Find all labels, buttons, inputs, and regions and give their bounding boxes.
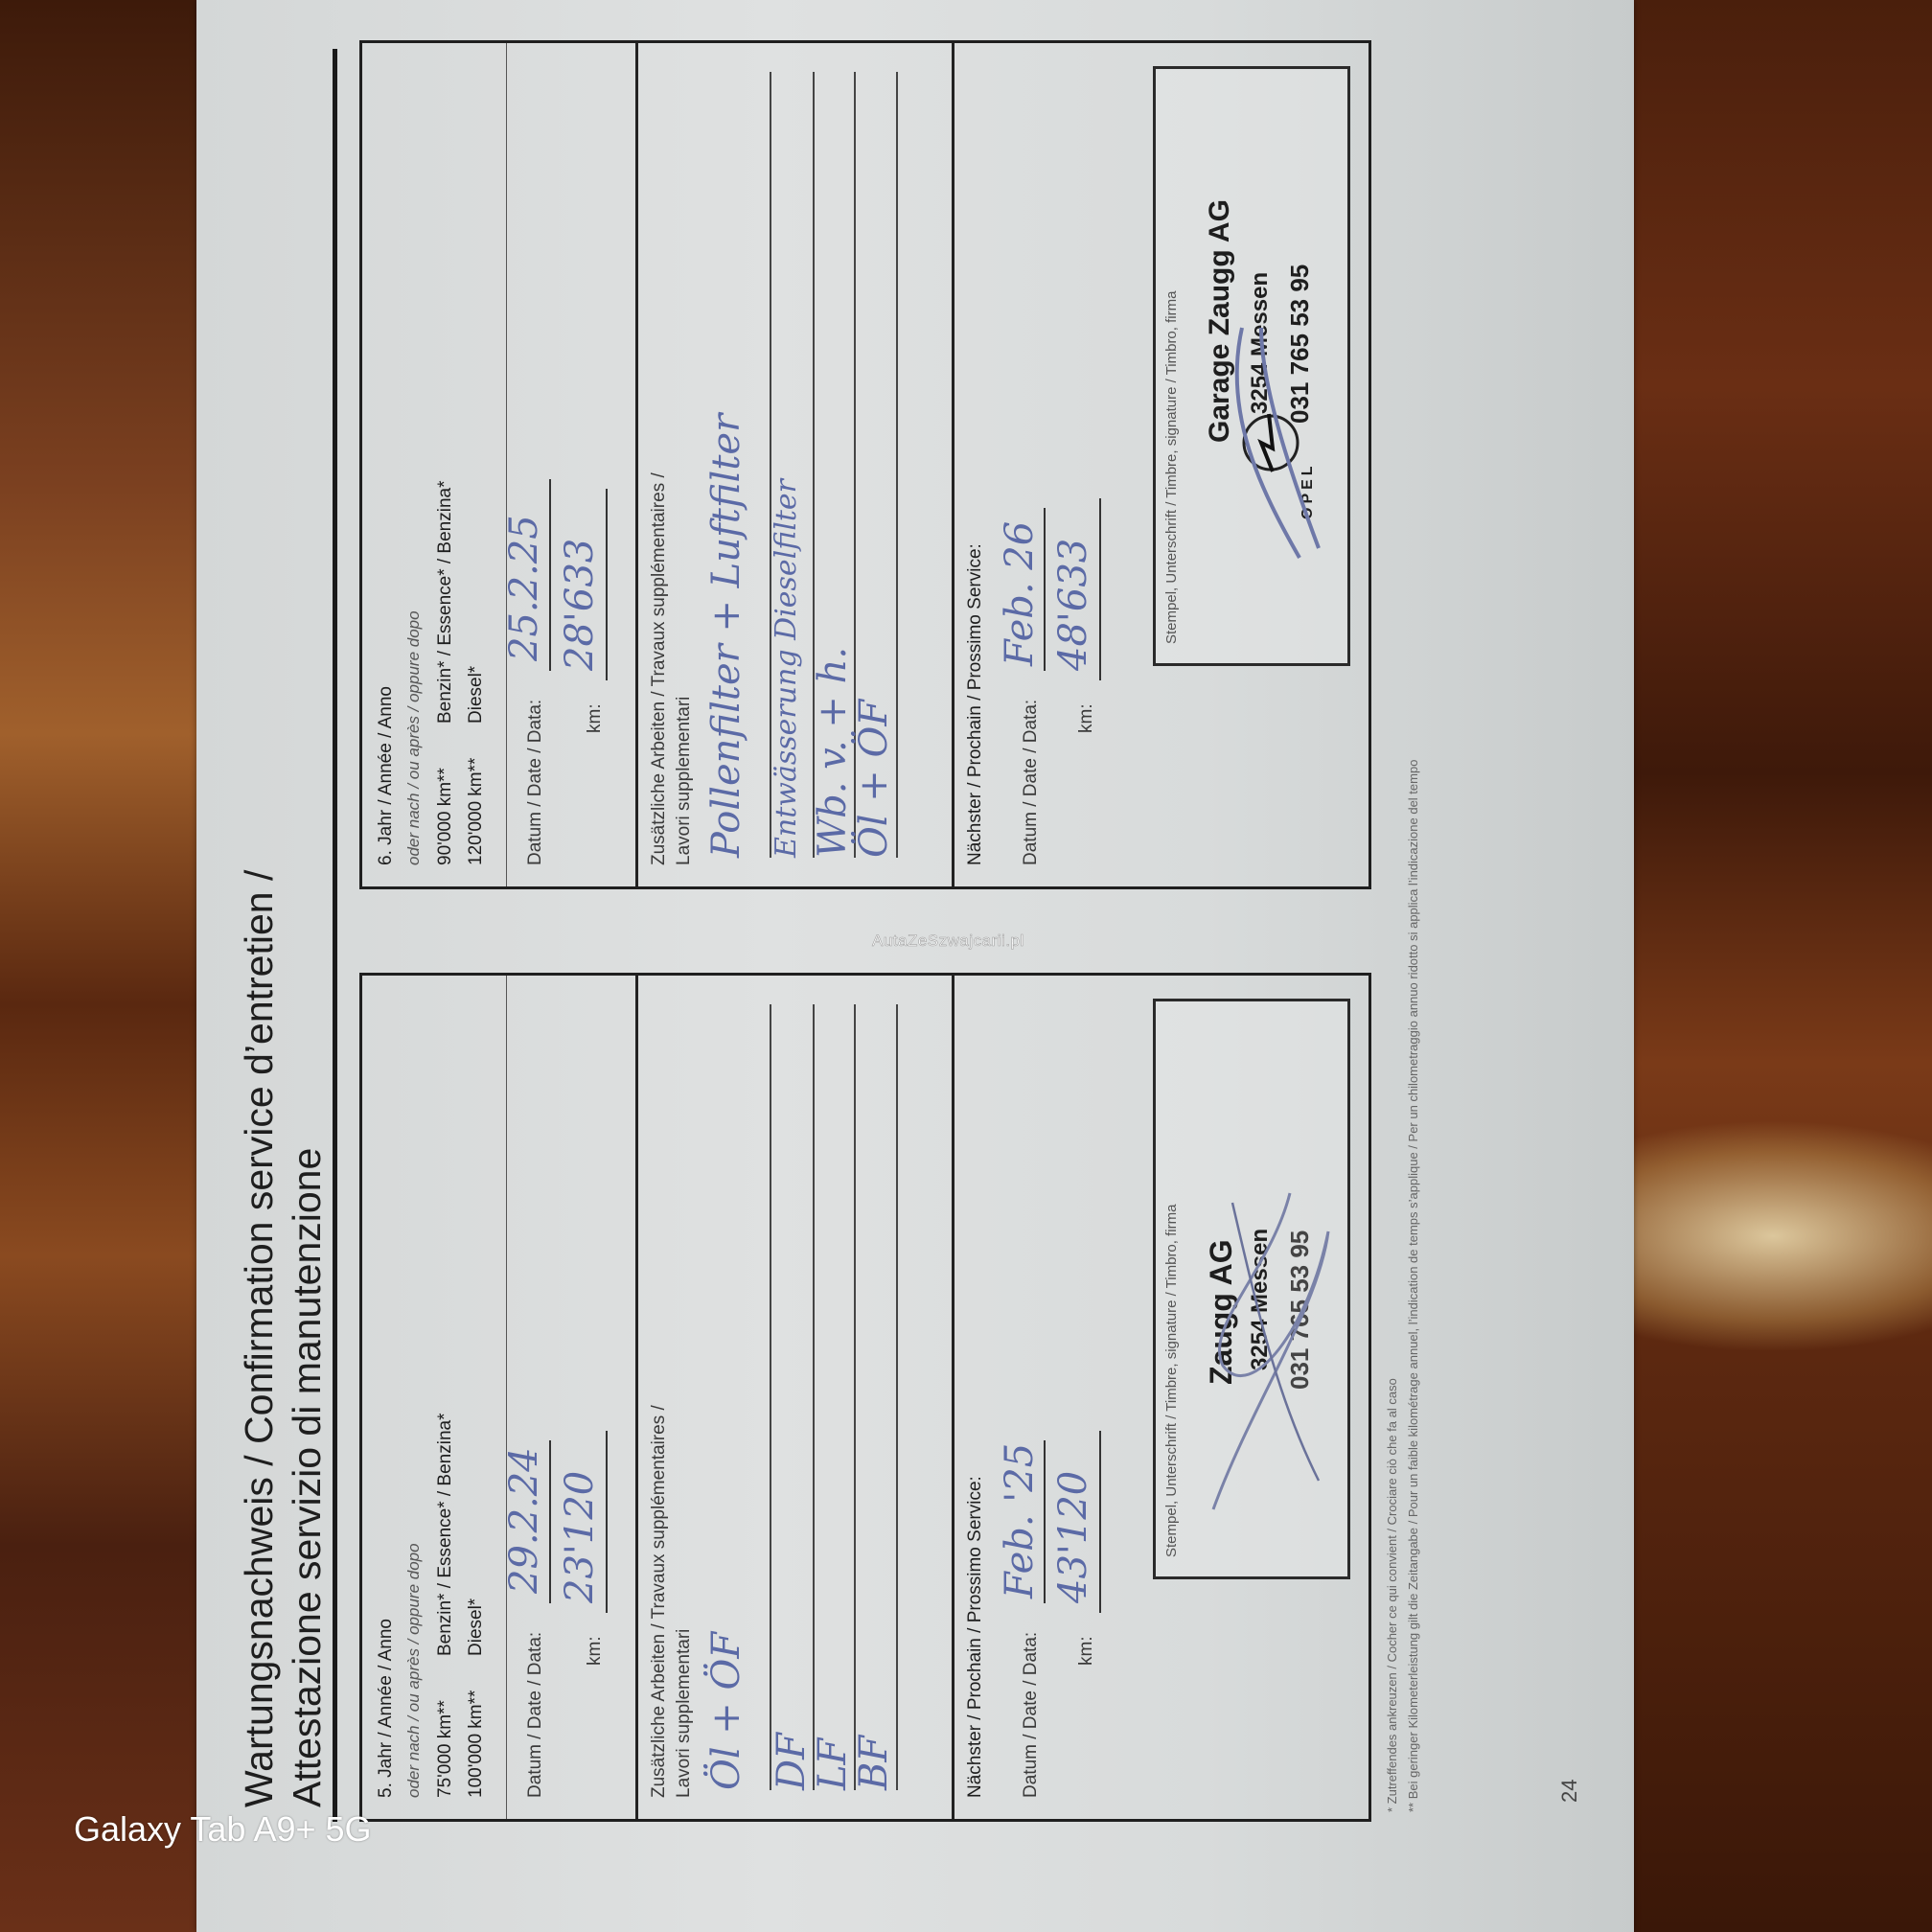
service-entry-year-6: 6. Jahr / Année / Anno oder nach / ou ap… — [359, 40, 1371, 889]
extra-work-label: Zusätzliche Arbeiten / Travaux supplémen… — [649, 1405, 670, 1798]
km-interval-2: 120'000 km** — [466, 758, 487, 865]
date-underline — [549, 479, 551, 671]
page-number: 24 — [1557, 1780, 1582, 1803]
entry-header: 5. Jahr / Année / Anno oder nach / ou ap… — [362, 976, 507, 1819]
footnote-2: ** Bei geringer Kilometerleistung gilt d… — [1406, 760, 1420, 1812]
ruled-line — [896, 1004, 898, 1790]
next-date-label: Datum / Date / Data: — [1021, 1632, 1042, 1798]
km-underline — [606, 1431, 608, 1613]
entry-date-km: Datum / Date / Data: 29.2.24 km: 23'120 — [506, 976, 638, 1819]
extra-work-label-2: Lavori supplementari — [674, 1629, 695, 1798]
km-label: km: — [585, 1636, 606, 1666]
extra-work-label: Zusätzliche Arbeiten / Travaux supplémen… — [649, 472, 670, 865]
handwritten-next-km: 48'633 — [1051, 539, 1095, 671]
next-date-underline — [1044, 508, 1046, 671]
interval-label: oder nach / ou après / oppure dopo — [404, 1543, 424, 1798]
extra-work-line-3: Wb. v. + h. — [811, 647, 855, 858]
date-underline — [549, 1440, 551, 1603]
entry-extra-work: Zusätzliche Arbeiten / Travaux supplémen… — [635, 976, 954, 1819]
handwritten-km: 23'120 — [558, 1471, 602, 1603]
ruled-line — [770, 1004, 771, 1790]
fuel-benzin-label: Benzin* / Essence* / Benzina* — [435, 1414, 456, 1657]
fuel-benzin-label: Benzin* / Essence* / Benzina* — [435, 481, 456, 724]
next-km-underline — [1099, 1431, 1101, 1613]
stamp-signature-box: Stempel, Unterschrift / Timbre, signatur… — [1153, 66, 1350, 666]
page-title: Wartungsnachweis / Confirmation service … — [235, 870, 331, 1807]
wooden-table-edge — [0, 0, 230, 1932]
extra-work-line-2: DF — [770, 1733, 814, 1790]
ruled-line — [813, 1004, 815, 1790]
entry-extra-work: Zusätzliche Arbeiten / Travaux supplémen… — [635, 43, 954, 886]
next-km-label: km: — [1076, 1636, 1097, 1666]
extra-work-line-4: Öl + ÖF — [852, 700, 896, 858]
date-label: Datum / Date / Data: — [525, 700, 546, 865]
extra-work-label-2: Lavori supplementari — [674, 697, 695, 865]
next-service-label: Nächster / Prochain / Prossimo Service: — [965, 543, 986, 865]
entry-date-km: Datum / Date / Data: 25.2.25 km: 28'633 — [506, 43, 638, 886]
footnote-1: * Zutreffendes ankreuzen / Cocher ce qui… — [1385, 1378, 1399, 1812]
opel-logo-signature-icon — [1204, 318, 1338, 567]
km-label: km: — [585, 703, 606, 733]
km-interval-1: 75'000 km** — [435, 1700, 456, 1798]
entry-next-service: Nächster / Prochain / Prossimo Service: … — [952, 43, 1368, 886]
signature-icon — [1194, 1174, 1338, 1519]
extra-work-line-1: Pollenfilter + Luftfilter — [704, 414, 748, 858]
extra-work-line-3: LF — [811, 1738, 855, 1790]
date-label: Datum / Date / Data: — [525, 1632, 546, 1798]
ruled-line — [896, 72, 898, 858]
km-interval-2: 100'000 km** — [466, 1690, 487, 1798]
next-date-label: Datum / Date / Data: — [1021, 700, 1042, 865]
title-line-1: Wartungsnachweis / Confirmation service … — [235, 870, 283, 1807]
watermark: AutaZeSzwajcarii.pl — [872, 931, 1024, 951]
fuel-diesel-label: Diesel* — [466, 666, 487, 724]
entry-header: 6. Jahr / Année / Anno oder nach / ou ap… — [362, 43, 507, 886]
title-line-2: Attestazione servizio di manutenzione — [283, 870, 331, 1807]
entry-heading: 5. Jahr / Année / Anno — [376, 1619, 397, 1798]
next-km-underline — [1099, 498, 1101, 680]
extra-work-line-2: Entwässerung Dieselfilter — [770, 479, 803, 858]
handwritten-next-date: Feb. '25 — [998, 1443, 1042, 1598]
handwritten-next-km: 43'120 — [1051, 1471, 1095, 1603]
interval-label: oder nach / ou après / oppure dopo — [404, 610, 424, 865]
device-camera-label: Galaxy Tab A9+ 5G — [74, 1809, 372, 1850]
extra-work-line-1: Öl + ÖF — [704, 1632, 748, 1790]
next-km-label: km: — [1076, 703, 1097, 733]
ruled-line — [854, 1004, 856, 1790]
service-booklet-page: Wartungsnachweis / Confirmation service … — [196, 0, 1634, 1932]
handwritten-date: 25.2.25 — [502, 515, 546, 661]
handwritten-next-date: Feb. 26 — [998, 521, 1042, 666]
handwritten-date: 29.2.24 — [502, 1447, 546, 1594]
stamp-label: Stempel, Unterschrift / Timbre, signatur… — [1163, 1205, 1180, 1557]
next-service-label: Nächster / Prochain / Prossimo Service: — [965, 1476, 986, 1798]
extra-work-line-4: BF — [852, 1736, 896, 1790]
entry-heading: 6. Jahr / Année / Anno — [376, 686, 397, 865]
next-date-underline — [1044, 1440, 1046, 1603]
fuel-diesel-label: Diesel* — [466, 1598, 487, 1656]
km-interval-1: 90'000 km** — [435, 768, 456, 865]
km-underline — [606, 489, 608, 680]
stamp-signature-box: Stempel, Unterschrift / Timbre, signatur… — [1153, 999, 1350, 1579]
title-divider — [333, 49, 337, 1822]
stamp-label: Stempel, Unterschrift / Timbre, signatur… — [1163, 291, 1180, 644]
service-entry-year-5: 5. Jahr / Année / Anno oder nach / ou ap… — [359, 973, 1371, 1822]
handwritten-km: 28'633 — [558, 539, 602, 671]
entry-next-service: Nächster / Prochain / Prossimo Service: … — [952, 976, 1368, 1819]
document-photo: Wartungsnachweis / Confirmation service … — [196, 0, 1634, 1932]
